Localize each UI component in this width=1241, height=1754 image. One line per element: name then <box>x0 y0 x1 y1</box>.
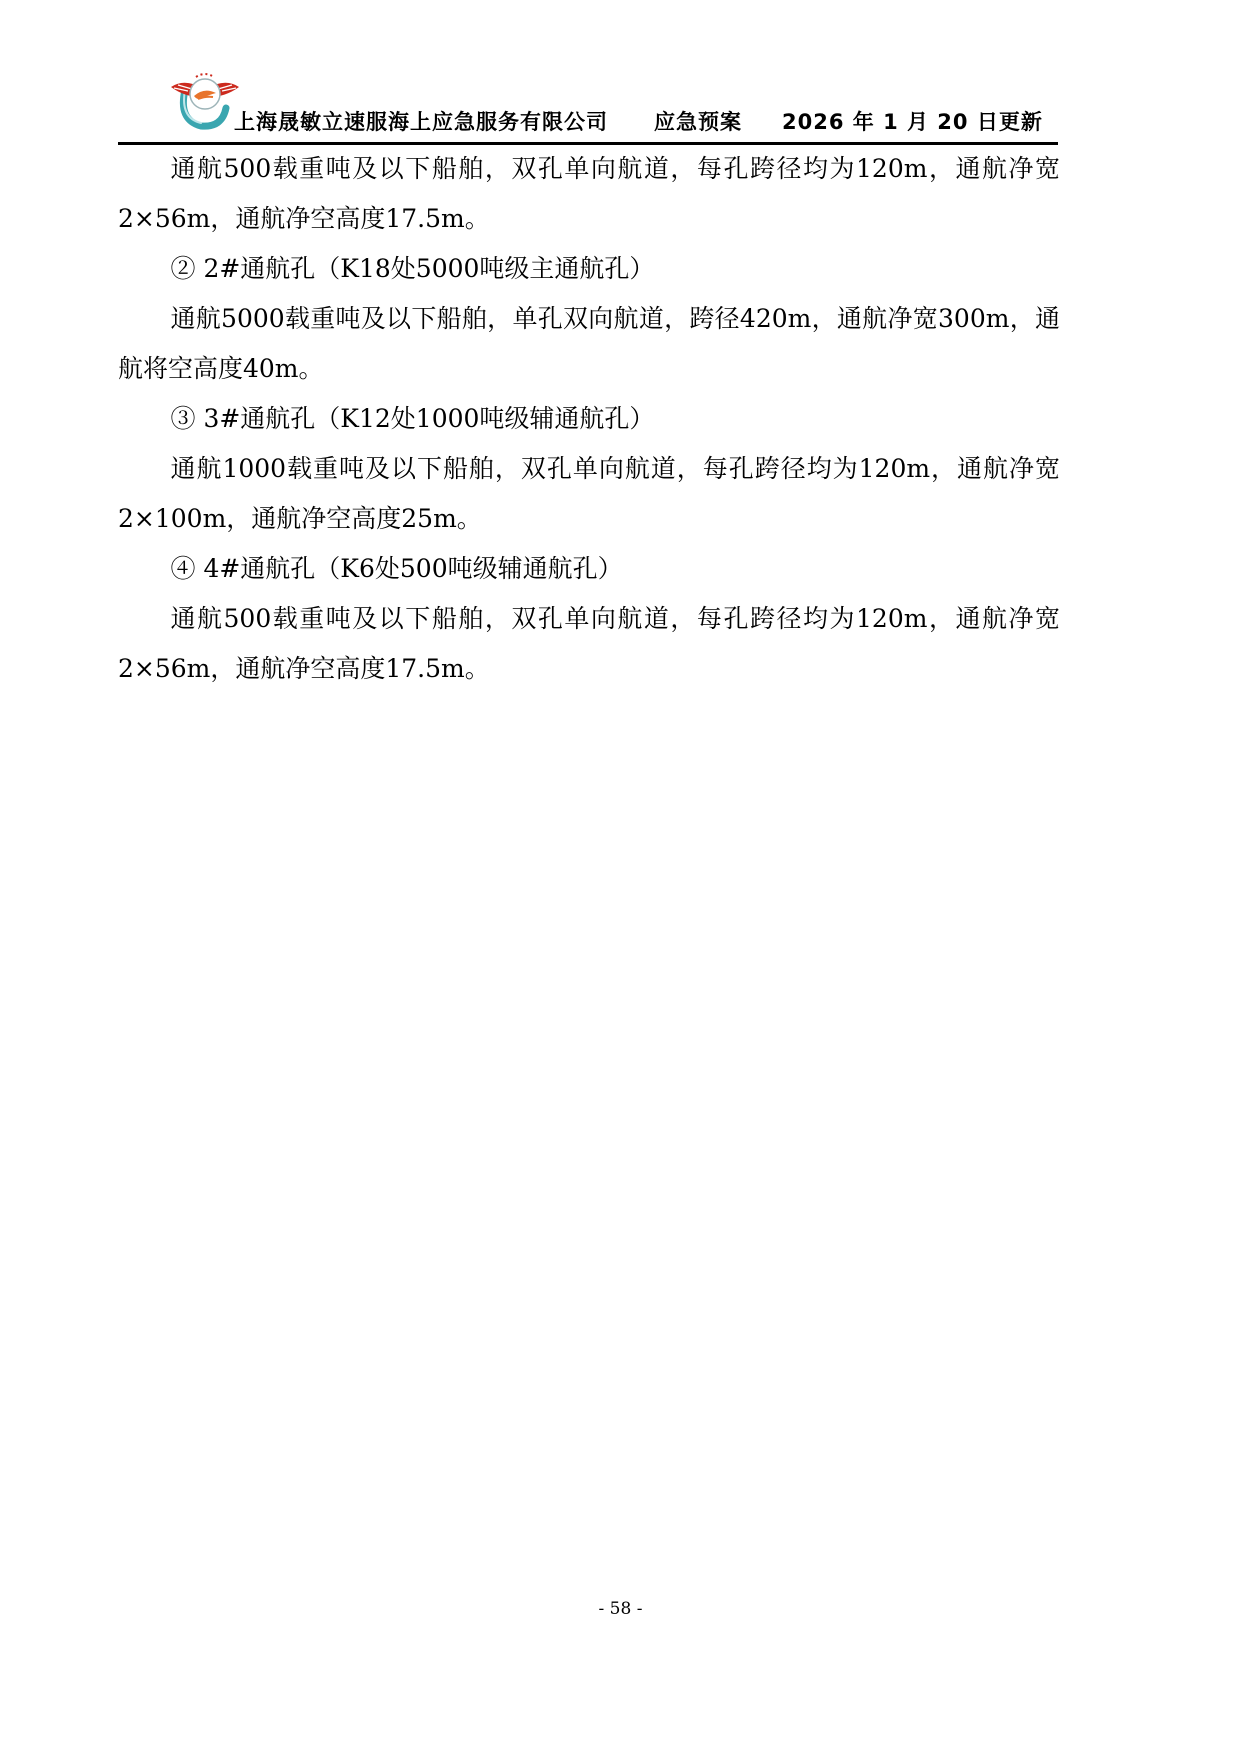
document-page: 上海晟敏立速服海上应急服务有限公司 应急预案 2026 年 1 月 20 日更新… <box>0 0 1241 1754</box>
document-body: 通航500载重吨及以下船舶，双孔单向航道，每孔跨径均为120m，通航净宽2×56… <box>118 144 1060 694</box>
header-company-name: 上海晟敏立速服海上应急服务有限公司 <box>234 106 608 136</box>
header-doc-type: 应急预案 <box>654 106 742 136</box>
item-heading-4: ④ 4#通航孔（K6处500吨级辅通航孔） <box>118 544 1060 594</box>
header-title-row: 上海晟敏立速服海上应急服务有限公司 应急预案 2026 年 1 月 20 日更新 <box>234 106 1043 136</box>
item-heading-2: ② 2#通航孔（K18处5000吨级主通航孔） <box>118 244 1060 294</box>
item-heading-3: ③ 3#通航孔（K12处1000吨级辅通航孔） <box>118 394 1060 444</box>
page-number: - 58 - <box>599 1599 643 1619</box>
company-logo <box>168 68 242 134</box>
paragraph-4: 通航500载重吨及以下船舶，双孔单向航道，每孔跨径均为120m，通航净宽2×56… <box>118 594 1060 694</box>
paragraph-1: 通航500载重吨及以下船舶，双孔单向航道，每孔跨径均为120m，通航净宽2×56… <box>118 144 1060 244</box>
paragraph-2: 通航5000载重吨及以下船舶，单孔双向航道，跨径420m，通航净宽300m，通航… <box>118 294 1060 394</box>
wings-anchor-logo-icon <box>168 68 242 134</box>
page-footer: - 58 - <box>0 1594 1241 1624</box>
paragraph-3: 通航1000载重吨及以下船舶，双孔单向航道，每孔跨径均为120m，通航净宽2×1… <box>118 444 1060 544</box>
header-update-date: 2026 年 1 月 20 日更新 <box>782 106 1043 136</box>
page-header: 上海晟敏立速服海上应急服务有限公司 应急预案 2026 年 1 月 20 日更新 <box>118 66 1058 140</box>
